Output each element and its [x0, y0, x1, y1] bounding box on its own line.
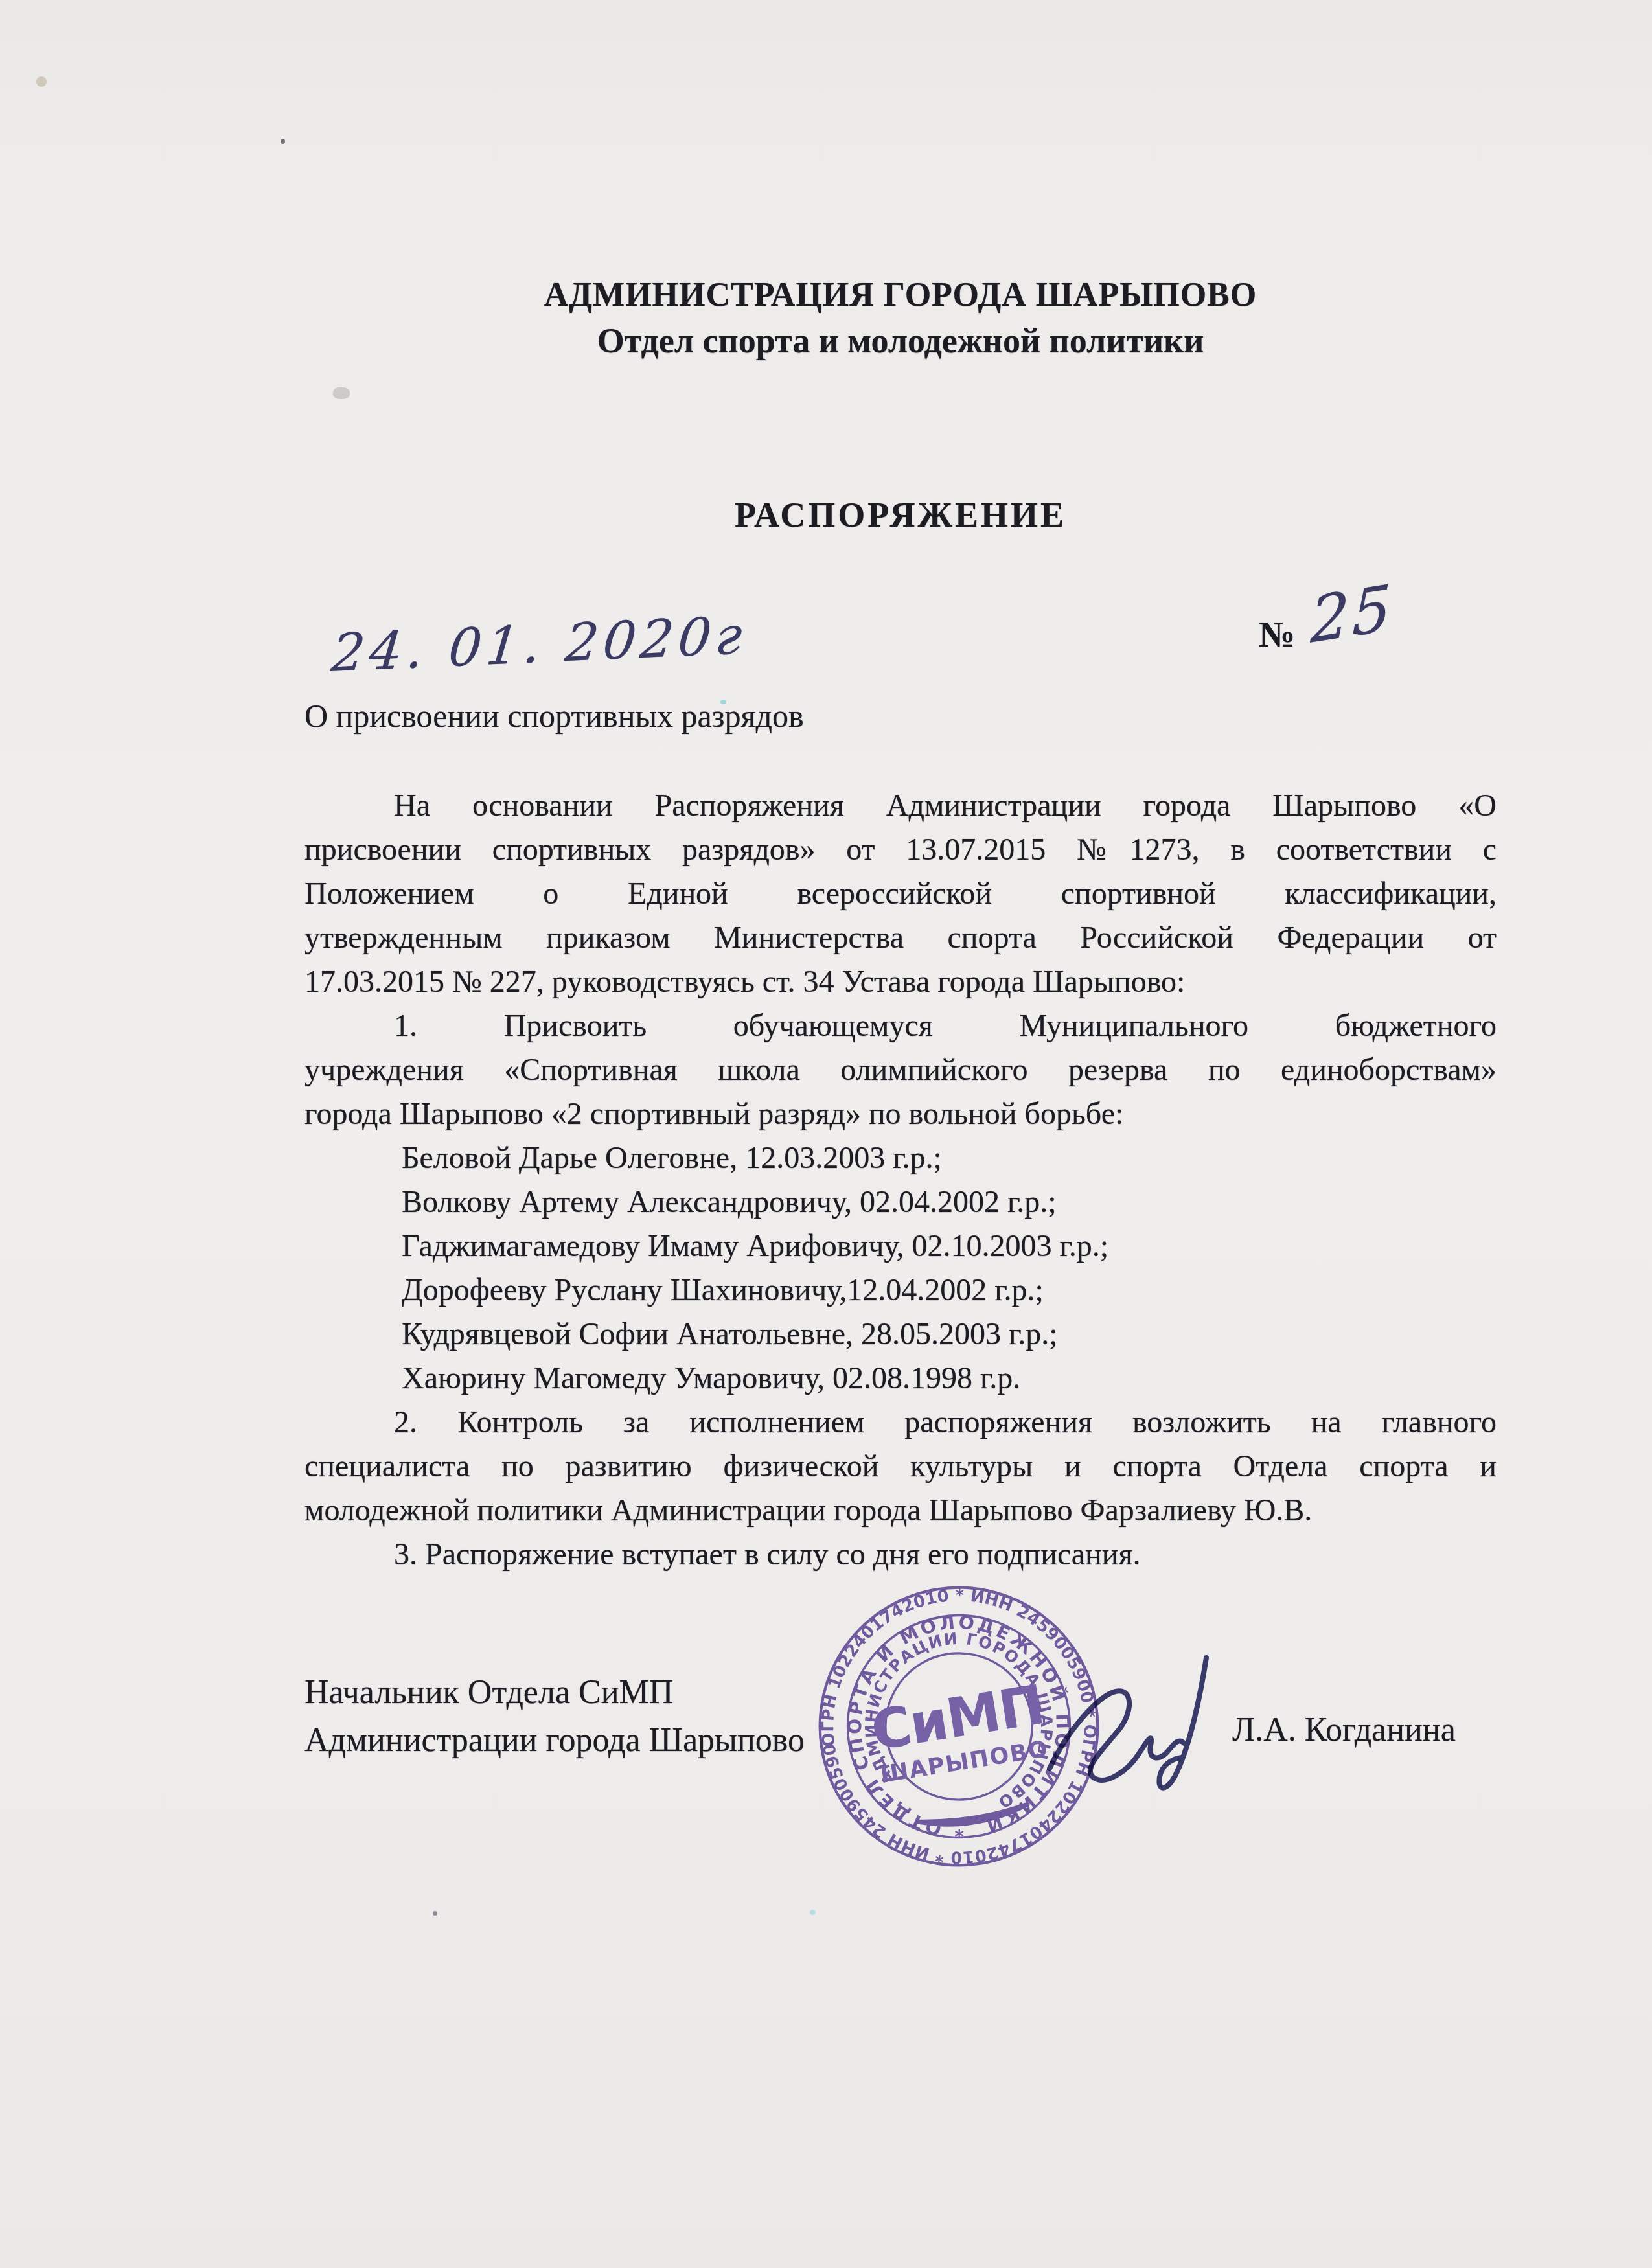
athlete-line: Гаджимагамедову Имаму Арифовичу, 02.10.2…	[304, 1224, 1497, 1268]
body-line: На основании Распоряжения Администрации …	[304, 784, 1497, 828]
athlete-line: Беловой Дарье Олеговне, 12.03.2003 г.р.;	[304, 1136, 1497, 1180]
body-line: 1. Присвоить обучающемуся Муниципального…	[304, 1004, 1497, 1048]
document-type-title: РАСПОРЯЖЕНИЕ	[304, 495, 1497, 535]
signatory-post-line2: Администрации города Шарыпово	[304, 1721, 805, 1759]
scan-artifact	[433, 1911, 437, 1916]
document-subject: О присвоении спортивных разрядов	[304, 697, 1497, 735]
body-line: 2. Контроль за исполнением распоряжения …	[304, 1401, 1497, 1445]
scan-artifact	[810, 1910, 816, 1915]
scanned-document-page: АДМИНИСТРАЦИЯ ГОРОДА ШАРЫПОВО Отдел спор…	[0, 0, 1652, 2268]
athlete-line: Дорофееву Руслану Шахиновичу,12.04.2002 …	[304, 1268, 1497, 1312]
department-name: Отдел спорта и молодежной политики	[304, 320, 1497, 361]
body-line: 17.03.2015 № 227, руководствуясь ст. 34 …	[304, 960, 1497, 1004]
body-line: специалиста по развитию физической культ…	[304, 1445, 1497, 1489]
body-line: 3. Распоряжение вступает в силу со дня е…	[304, 1533, 1497, 1577]
handwritten-signature	[1037, 1649, 1244, 1817]
scan-artifact	[36, 76, 47, 87]
body-line: утвержденным приказом Министерства спорт…	[304, 916, 1497, 960]
body-line: города Шарыпово «2 спортивный разряд» по…	[304, 1092, 1497, 1136]
signatory-name: Л.А. Когданина	[1232, 1711, 1456, 1749]
organization-name: АДМИНИСТРАЦИЯ ГОРОДА ШАРЫПОВО	[304, 275, 1497, 316]
document-body: На основании Распоряжения Администрации …	[304, 784, 1497, 1577]
body-line: учреждения «Спортивная школа олимпийског…	[304, 1048, 1497, 1092]
signatory-post-line1: Начальник Отдела СиМП	[304, 1673, 673, 1712]
athlete-line: Кудрявцевой Софии Анатольевне, 28.05.200…	[304, 1312, 1497, 1357]
body-line: молодежной политики Администрации города…	[304, 1489, 1497, 1533]
handwritten-date: 24. 01. 2020г	[329, 605, 750, 683]
handwritten-number: 25	[1310, 571, 1395, 658]
scan-artifact	[281, 139, 285, 144]
athlete-line: Хаюрину Магомеду Умаровичу, 02.08.1998 г…	[304, 1357, 1497, 1401]
scan-artifact	[333, 387, 350, 399]
athlete-line: Волкову Артему Александровичу, 02.04.200…	[304, 1180, 1497, 1224]
body-line: Положением о Единой всероссийской спорти…	[304, 872, 1497, 916]
number-sign: №	[1259, 614, 1295, 656]
body-line: присвоении спортивных разрядов» от 13.07…	[304, 828, 1497, 872]
